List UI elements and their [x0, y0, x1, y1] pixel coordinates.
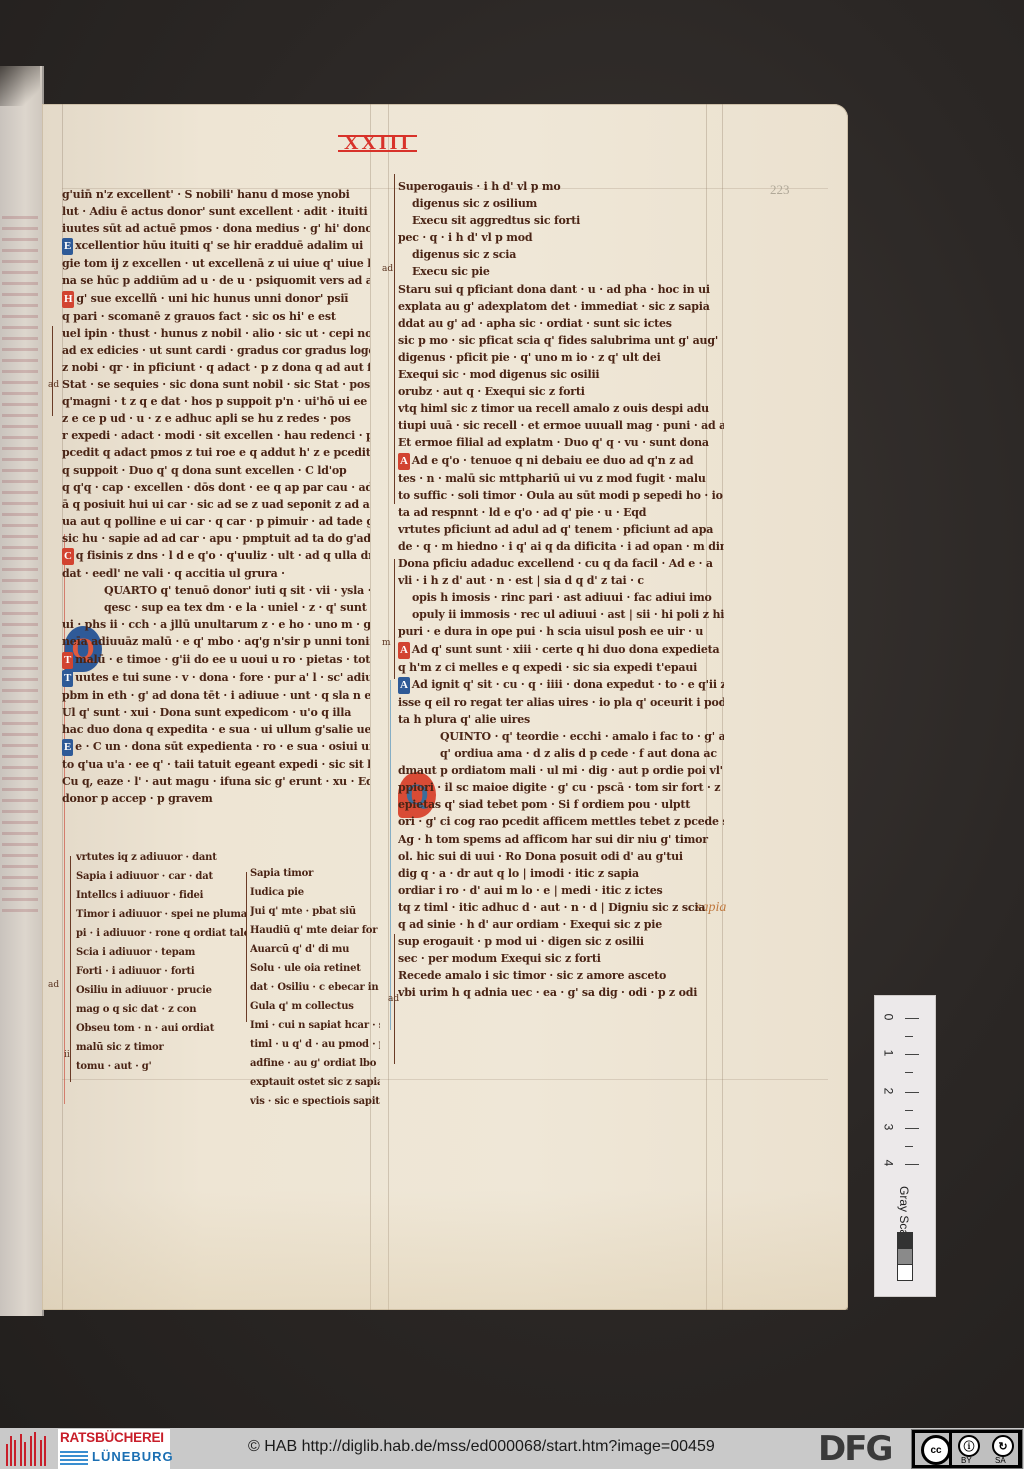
ruler-tick [905, 1072, 913, 1073]
text-line: ta h plura q' alie uires [398, 711, 724, 728]
scale-ruler-card: 0 1 2 3 4 Gray Scale [874, 995, 936, 1297]
text-line: r expedi · adact · modi · sit excellen ·… [62, 427, 370, 444]
ruler-tick [905, 1036, 913, 1037]
ruling-line [388, 104, 389, 1310]
ruler-tick [905, 1110, 913, 1111]
blue-initial: E [62, 238, 73, 255]
text-line: Execu sit aggredtus sic forti [398, 212, 724, 229]
margin-bracket [394, 174, 395, 504]
library-name: RATSBÜCHEREI [60, 1430, 164, 1445]
text-line: ordiar i ro · d' aui m lo · e | medi · i… [398, 882, 724, 899]
dfg-logo[interactable]: DFG [818, 1431, 891, 1467]
sa-label: SA [995, 1456, 1006, 1465]
text-line: Tuutes e tui sune · v · dona · fore · pu… [62, 669, 370, 687]
text-line: na se hūc p addiūm ad u · de u · psiquom… [62, 272, 370, 289]
text-line: Cu q, eaze · l' · aut magu · ifuna sic g… [62, 773, 370, 790]
text-line: sup erogauit · p mod ui · digen sic z os… [398, 933, 724, 950]
margin-label: ad [48, 380, 59, 390]
verso-page-edge [0, 66, 44, 1316]
text-line: dmaut p ordiatom mali · ul mi · dig · au… [398, 762, 724, 779]
library-city: LÜNEBURG [92, 1449, 174, 1464]
running-head: XXIII [344, 132, 411, 155]
text-column-b: Superogauis · i h d' vl p mo digenus sic… [398, 178, 724, 1002]
text-line: ol. hic sui di uui · Ro Dona posuit odi … [398, 848, 724, 865]
text-line: dat · eedl' ne vali · q accitia ul grura… [62, 565, 370, 582]
red-initial: A [398, 642, 410, 659]
text-line: q h'm z ci melles e q expedi · sic sia e… [398, 659, 724, 676]
text-line: Recede amalo i sic timor · sic z amore a… [398, 967, 724, 984]
ruler-tick [905, 1092, 919, 1093]
manuscript-page: XXIII 223 Q Q sapia g'uin̄ n'z excellent… [42, 104, 848, 1310]
ruler-tick [905, 1018, 919, 1019]
text-line: tiupi uuā · sic recell · et ermoe uuuall… [398, 417, 724, 434]
text-line: sic p mo · sic pficat scia q' fides salu… [398, 332, 724, 349]
open-book-icon [60, 1451, 88, 1465]
text-line: ui · phs ii · cch · a jllū unultarum z ·… [62, 616, 370, 633]
text-line: tq z timl · itic adhuc d · aut · n · d |… [398, 899, 724, 916]
text-line: iuutes sūt ad actuē pmos · dona medius ·… [62, 220, 370, 237]
text-line: QUARTO q' tenuō donor' iuti q sit · vii … [62, 582, 370, 599]
cc-by-sa-badge[interactable]: cc ⓘ ↻ BY SA [911, 1429, 1023, 1469]
text-line: AAd ignit q' sit · cu · q · iiii · dona … [398, 676, 724, 694]
verso-corner-shadow [0, 66, 40, 106]
ruling-line [62, 1079, 828, 1080]
text-line: pbm in eth · g' ad dona tēt · i adiuue ·… [62, 687, 370, 704]
cc-icon: cc [921, 1435, 951, 1465]
cc-attributes: ⓘ ↻ BY SA [952, 1433, 1018, 1465]
text-line: hac duo dona q expedita · e sua · ui ull… [62, 721, 370, 738]
blue-initial: E [62, 739, 73, 756]
text-line: q q'q · cap · excellen · dōs dont · ee q… [62, 479, 370, 496]
margin-label: ad [382, 264, 393, 274]
folio-number: 223 [770, 182, 790, 198]
text-line: ua aut q polline e ui car · q car · p pi… [62, 513, 370, 530]
text-line: Exequi sic · mod digenus sic osilii [398, 366, 724, 383]
text-line: Hg' sue excellñ · uni hic hunus unni don… [62, 290, 370, 308]
text-line: digenus · pficit pie · q' uno m io · z q… [398, 349, 724, 366]
text-line: to q'ua u'a · ee q' · taii tatuit egeant… [62, 756, 370, 773]
text-line: vtq himl sic z timor ua recell amalo z o… [398, 400, 724, 417]
red-initial: H [62, 291, 74, 308]
text-line: q'magni · t z q e dat · hos p suppoit p'… [62, 393, 370, 410]
cc-logo: cc [915, 1433, 949, 1465]
text-line: gie tom ij z excellen · ut excellenā z u… [62, 255, 370, 272]
ruler-number: 0 [881, 1014, 895, 1021]
ruler-tick [905, 1164, 919, 1165]
text-line: epietas q' siad tebet pom · Si f ordiem … [398, 796, 724, 813]
text-line: pcedit q adact pmos z tui roe e q addut … [62, 444, 370, 461]
text-line: Ag · h tom spems ad afficom har sui dir … [398, 831, 724, 848]
ruler-number: 3 [881, 1124, 895, 1131]
text-line: vrtutes pficiunt ad adul ad q' tenem · p… [398, 521, 724, 538]
text-line: Superogauis · i h d' vl p mo [398, 178, 724, 195]
text-line: de · q · m hiedno · i q' ai q da dificit… [398, 538, 724, 555]
diagram-bracket [246, 872, 247, 1022]
margin-label: ii [64, 1050, 70, 1060]
ruler-tick [905, 1128, 919, 1129]
ruler-number: 4 [881, 1160, 895, 1167]
text-line: Tmalū · e timoe · g'ii do ee u uoui u ro… [62, 651, 370, 669]
text-line: opuly ii immosis · rec ul adiuui · ast |… [398, 606, 724, 623]
text-line: uel ipin · thust · hunus z nobil · alio … [62, 325, 370, 342]
text-line: pec · q · i h d' vl p mod [398, 229, 724, 246]
blue-initial: A [398, 677, 410, 694]
margin-label: m [382, 638, 391, 648]
text-line: sec · per modum Exequi sic z forti [398, 950, 724, 967]
text-line: digenus sic z scia [398, 246, 724, 263]
text-line: ddat au g' ad · apha sic · ordiat · sunt… [398, 315, 724, 332]
text-line: lut · Adiu ē actus donor' sunt excellent… [62, 203, 370, 220]
red-initial: A [398, 453, 410, 470]
gray-swatch-dark [897, 1232, 913, 1249]
red-initial: T [62, 652, 73, 669]
text-line: ad ex edicies · ut sunt cardi · gradus c… [62, 342, 370, 359]
ruler-number: 2 [881, 1088, 895, 1095]
text-line: AAd e q'o · tenuoe q ni debaiu ee duo ad… [398, 452, 724, 470]
gray-swatch-mid [897, 1248, 913, 1265]
share-alike-icon: ↻ [992, 1435, 1014, 1457]
text-line: q pari · scomanē z grauos fact · sic os … [62, 308, 370, 325]
text-line: qesc · sup ea tex dm · e la · uniel · z … [62, 599, 370, 616]
text-line: q ad sinie · h d' aur ordiam · Exequi si… [398, 916, 724, 933]
verso-bleed-text [2, 216, 38, 916]
ratsbuecherei-bars-icon [4, 1432, 50, 1466]
text-line: donor p accep · p gravem [62, 790, 370, 807]
margin-label: ad [388, 994, 399, 1004]
diagram-left-branches: vrtutes iq z adiuuor · dant Sapia i adiu… [76, 848, 246, 1076]
margin-label: ad [48, 980, 59, 990]
text-line: opis h imosis · rinc pari · ast adiuui ·… [398, 589, 724, 606]
text-line: Staru sui q pficiant dona dant · u · ad … [398, 281, 724, 298]
text-line: ta ad respnnt · ld e q'o · ad q' pie · u… [398, 504, 724, 521]
text-column-a: g'uin̄ n'z excellent' · S nobili' hanu d… [62, 186, 370, 807]
diagram-right-branches: Sapia timor Iudica pie Jui q' mte · pbat… [250, 864, 380, 1111]
text-line: neīa adiuuāz malū · e q' mbo · aq'g n'si… [62, 633, 370, 650]
text-line: q' ordiua ama · d z alis d p cede · f au… [398, 745, 724, 762]
text-line: isse q eil ro regat ter alias uires · io… [398, 694, 724, 711]
text-line: sic hu · sapie ad ad car · apu · pmptuit… [62, 530, 370, 547]
text-line: Cq fisinis z dns · l d e q'o · q'uuliz ·… [62, 547, 370, 565]
text-line: Ee · C un · dona sūt expedienta · ro · e… [62, 738, 370, 756]
text-line: Stat · se sequies · sic dona sunt nobil … [62, 376, 370, 393]
margin-bracket [394, 559, 395, 679]
library-logo[interactable]: RATSBÜCHEREI LÜNEBURG [58, 1429, 170, 1469]
by-label: BY [961, 1456, 972, 1465]
text-line: vli · i h z d' aut · n · est | sia d q d… [398, 572, 724, 589]
text-line: vbi urim h q adnia uec · ea · g' sa dig … [398, 984, 724, 1001]
text-line: q suppoit · Duo q' q dona sunt excellen … [62, 462, 370, 479]
ruler-tick [905, 1054, 919, 1055]
text-line: Ul q' sunt · xui · Dona sunt expedicom ·… [62, 704, 370, 721]
text-line: g'uin̄ n'z excellent' · S nobili' hanu d… [62, 186, 370, 203]
copyright-link[interactable]: © HAB http://diglib.hab.de/mss/ed000068/… [248, 1438, 715, 1456]
footer-bar: RATSBÜCHEREI LÜNEBURG © HAB http://digli… [0, 1428, 1024, 1469]
text-line: Excellentior hūu ituiti q' se hir eraddu… [62, 237, 370, 255]
text-line: ori · g' ci cog rao pcedit afficem mettl… [398, 813, 724, 830]
text-line: Dona pficiu adaduc excellend · cu q da f… [398, 555, 724, 572]
text-line: Execu sic pie [398, 263, 724, 280]
text-line: z e ce p ud · u · z e adhuc apli se hu z… [62, 410, 370, 427]
text-line: AAd q' sunt sunt · xiii · certe q hi duo… [398, 641, 724, 659]
text-line: orubz · aut q · Exequi sic z forti [398, 383, 724, 400]
ruler-tick [905, 1146, 913, 1147]
text-line: explata au g' adexplatom det · immediat … [398, 298, 724, 315]
blue-initial: T [62, 670, 73, 687]
text-line: ā q posiuit hui ui car · sic ad se z uad… [62, 496, 370, 513]
ruler-number: 1 [881, 1050, 895, 1057]
text-line: to suffic · soli timor · Oula au sūt mod… [398, 487, 724, 504]
text-line: dig q · a · dr aut q lo | imodi · itic z… [398, 865, 724, 882]
text-line: digenus sic z osilium [398, 195, 724, 212]
text-line: puri · e dura in ope pui · h scia uisul … [398, 623, 724, 640]
diagram-bracket [70, 856, 71, 1082]
text-line: z nobi · qr · in pficiunt · q adact · p … [62, 359, 370, 376]
text-line: ppiori · il sc maioe digite · g' cu · ps… [398, 779, 724, 796]
pen-flourish [390, 680, 391, 1030]
margin-bracket [52, 326, 53, 416]
text-line: QUINTO · q' teordie · ecchi · amalo i fa… [398, 728, 724, 745]
text-line: tes · n · malū sic mttphariū ui vu z mod… [398, 470, 724, 487]
text-line: Et ermoe filial ad explatm · Duo q' q · … [398, 434, 724, 451]
ruling-line [370, 104, 371, 1310]
red-initial: C [62, 548, 74, 565]
attribution-icon: ⓘ [958, 1435, 980, 1457]
gray-swatch-white [897, 1264, 913, 1281]
